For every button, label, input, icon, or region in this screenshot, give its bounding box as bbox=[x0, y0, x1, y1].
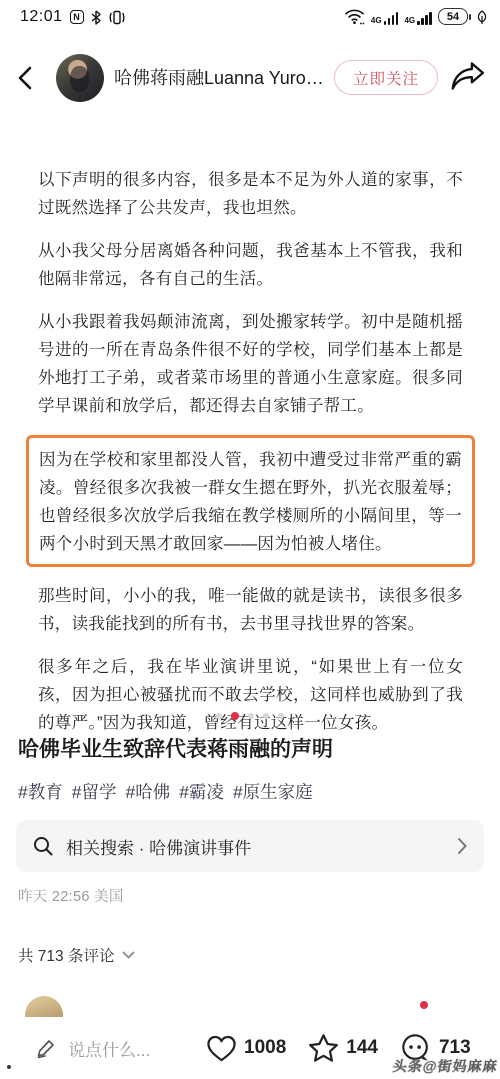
comments-count-label: 共 713 条评论 bbox=[18, 944, 114, 966]
pagination-dot-active bbox=[231, 712, 239, 720]
battery-indicator: 54 bbox=[438, 8, 468, 25]
pagination-dot bbox=[278, 713, 284, 719]
star-icon bbox=[308, 1033, 339, 1063]
signal-4g-icon: 4G bbox=[371, 12, 399, 25]
ink-speck bbox=[7, 1065, 11, 1069]
post-paragraph-highlighted: 因为在学校和家里都没人管，我初中遭受过非常严重的霸凌。曾经很多次我被一群女生摁在… bbox=[39, 446, 462, 558]
comment-input[interactable]: 说点什么... bbox=[34, 1036, 184, 1061]
pencil-icon bbox=[34, 1036, 58, 1060]
post-title: 哈佛毕业生致辞代表蒋雨融的声明 bbox=[18, 733, 482, 763]
author-username[interactable]: 哈佛蒋雨融Luanna Yuro… bbox=[114, 64, 330, 90]
share-button[interactable] bbox=[450, 60, 486, 92]
post-timestamp: 昨天 22:56 美国 bbox=[18, 885, 124, 906]
comment-input-placeholder: 说点什么... bbox=[68, 1036, 150, 1061]
bluetooth-icon bbox=[91, 10, 101, 25]
post-paragraph: 从小我跟着我妈颠沛流离，到处搬家转学。初中是随机摇号进的一所在青岛条件很不好的学… bbox=[38, 308, 463, 420]
post-paragraph: 那些时间，小小的我，唯一能做的就是读书，读很多很多书，读我能找到的所有书，去书里… bbox=[38, 582, 463, 638]
comments-header[interactable]: 共 713 条评论 bbox=[18, 944, 135, 966]
like-count: 1008 bbox=[244, 1037, 286, 1059]
pagination-dot bbox=[263, 713, 269, 719]
signal-4g-icon: 4G bbox=[404, 12, 432, 25]
clock-time: 12:01 bbox=[20, 8, 63, 26]
notification-dot bbox=[420, 1001, 428, 1009]
collect-button[interactable]: 144 bbox=[308, 1033, 378, 1063]
hashtag[interactable]: #霸凌 bbox=[179, 782, 224, 802]
pagination-dot bbox=[248, 713, 254, 719]
post-paragraph: 很多年之后，我在毕业演讲里说，“如果世上有一位女孩，因为担心被骚扰而不敢去学校，… bbox=[38, 653, 463, 737]
hashtag[interactable]: #教育 bbox=[18, 782, 63, 802]
collect-count: 144 bbox=[346, 1037, 378, 1059]
back-button[interactable] bbox=[12, 64, 40, 92]
hashtag-row: #教育#留学#哈佛#霸凌#原生家庭 bbox=[18, 779, 482, 804]
pagination-dots bbox=[0, 712, 500, 720]
nfc-icon: N bbox=[70, 10, 84, 24]
post-paragraph: 从小我父母分居离婚各种问题，我爸基本上不管我，我和他隔非常远，各有自己的生活。 bbox=[38, 237, 463, 293]
post-image-slide[interactable]: 以下声明的很多内容，很多是本不足为外人道的家事，不过既然选择了公共发声，我也坦然… bbox=[38, 166, 463, 752]
like-button[interactable]: 1008 bbox=[206, 1034, 286, 1063]
chevron-down-icon bbox=[122, 951, 135, 959]
related-search-bar[interactable]: 相关搜索 · 哈佛演讲事件 bbox=[16, 820, 484, 872]
watermark-text: 头条@街妈麻麻 bbox=[392, 1056, 499, 1076]
heart-icon bbox=[206, 1034, 237, 1063]
hashtag[interactable]: #原生家庭 bbox=[233, 782, 313, 802]
status-bar: 12:01 N 4G 4G 54 bbox=[0, 6, 500, 32]
hashtag[interactable]: #哈佛 bbox=[125, 782, 170, 802]
chevron-right-icon bbox=[456, 837, 468, 855]
related-search-label: 相关搜索 · 哈佛演讲事件 bbox=[66, 834, 456, 859]
hashtag[interactable]: #留学 bbox=[72, 782, 117, 802]
eco-leaf-icon bbox=[476, 10, 488, 25]
post-paragraph: 以下声明的很多内容，很多是本不足为外人道的家事，不过既然选择了公共发声，我也坦然… bbox=[38, 166, 463, 222]
vibrate-icon bbox=[108, 10, 126, 25]
highlight-box: 因为在学校和家里都没人管，我初中遭受过非常严重的霸凌。曾经很多次我被一群女生摁在… bbox=[26, 435, 475, 567]
wifi-icon bbox=[344, 8, 365, 25]
follow-button[interactable]: 立即关注 bbox=[334, 60, 438, 95]
pagination-dot bbox=[216, 713, 222, 719]
search-icon bbox=[32, 835, 54, 857]
post-header: 哈佛蒋雨融Luanna Yuro… 立即关注 bbox=[0, 48, 500, 110]
author-avatar[interactable] bbox=[56, 54, 104, 102]
app-screen: 12:01 N 4G 4G 54 bbox=[0, 0, 500, 1079]
